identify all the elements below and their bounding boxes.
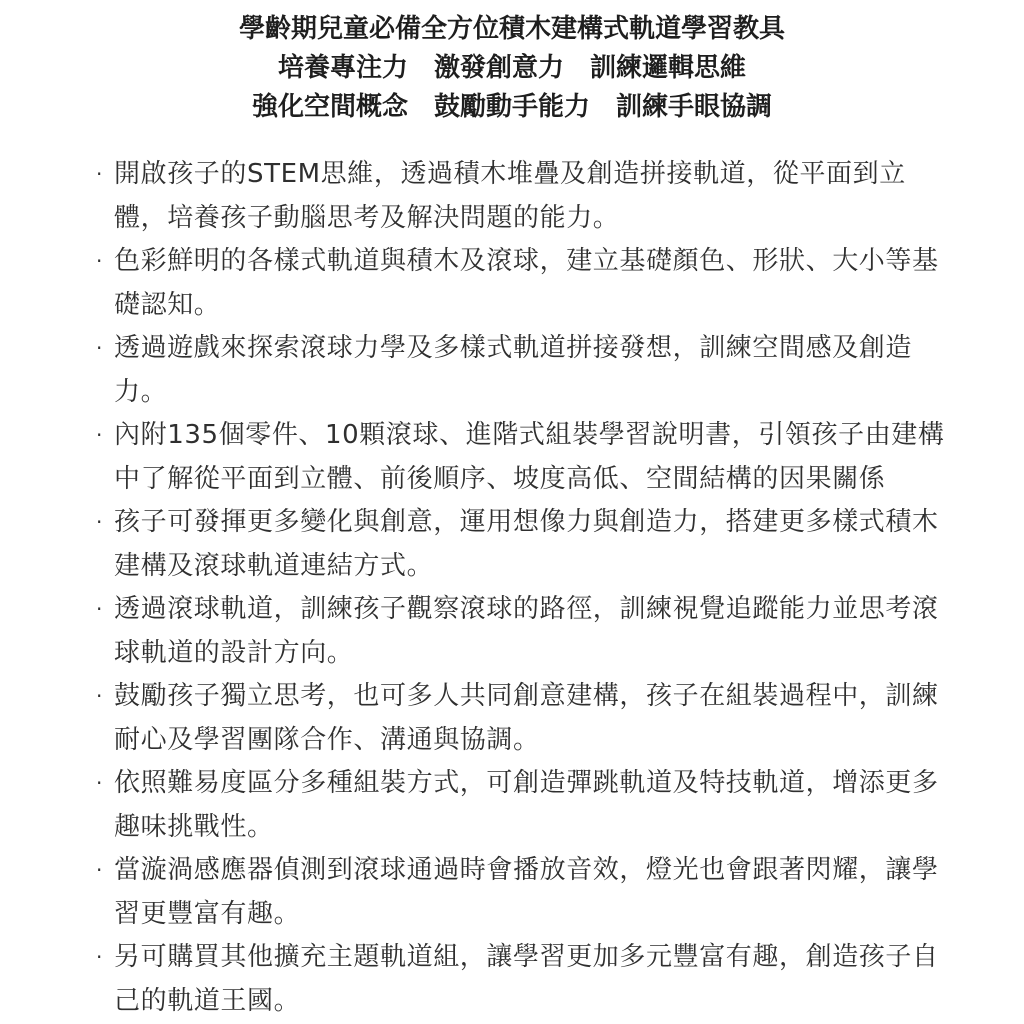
- feature-list: · 開啟孩子的STEM思維，透過積木堆疊及創造拼接軌道，從平面到立體，培養孩子動…: [92, 153, 952, 1023]
- feature-item: · 透過遊戲來探索滾球力學及多樣式軌道拼接發想，訓練空間感及創造力。: [92, 327, 952, 414]
- bullet-dot-icon: ·: [96, 414, 103, 458]
- benefit-hand-eye: 訓練手眼協調: [616, 92, 772, 122]
- benefit-hands-on: 鼓勵動手能力: [434, 92, 590, 122]
- bullet-dot-icon: ·: [96, 588, 103, 632]
- bullet-dot-icon: ·: [96, 675, 103, 719]
- feature-text: 開啟孩子的STEM思維，透過積木堆疊及創造拼接軌道，從平面到立體，培養孩子動腦思…: [114, 153, 950, 240]
- feature-text: 當漩渦感應器偵測到滾球通過時會播放音效，燈光也會跟著閃耀，讓學習更豐富有趣。: [114, 849, 950, 936]
- feature-text: 色彩鮮明的各樣式軌道與積木及滾球，建立基礎顏色、形狀、大小等基礎認知。: [114, 240, 950, 327]
- bullet-dot-icon: ·: [96, 762, 103, 806]
- feature-text: 透過遊戲來探索滾球力學及多樣式軌道拼接發想，訓練空間感及創造力。: [114, 327, 950, 414]
- feature-item: · 內附135個零件、10顆滾球、進階式組裝學習說明書，引領孩子由建構中了解從平…: [92, 414, 952, 501]
- bullet-dot-icon: ·: [96, 501, 103, 545]
- feature-text: 透過滾球軌道，訓練孩子觀察滾球的路徑，訓練視覺追蹤能力並思考滾球軌道的設計方向。: [114, 588, 950, 675]
- feature-item: · 當漩渦感應器偵測到滾球通過時會播放音效，燈光也會跟著閃耀，讓學習更豐富有趣。: [92, 849, 952, 936]
- benefit-logic: 訓練邏輯思維: [590, 53, 746, 83]
- benefit-creativity: 激發創意力: [434, 53, 564, 83]
- feature-text: 鼓勵孩子獨立思考，也可多人共同創意建構，孩子在組裝過程中，訓練耐心及學習團隊合作…: [114, 675, 950, 762]
- feature-text: 內附135個零件、10顆滾球、進階式組裝學習說明書，引領孩子由建構中了解從平面到…: [114, 414, 950, 501]
- benefit-spatial: 強化空間概念: [252, 92, 408, 122]
- benefits-row-1: 培養專注力激發創意力訓練邏輯思維: [0, 49, 1024, 88]
- feature-item: · 開啟孩子的STEM思維，透過積木堆疊及創造拼接軌道，從平面到立體，培養孩子動…: [92, 153, 952, 240]
- product-header: 學齡期兒童必備全方位積木建構式軌道學習教具 培養專注力激發創意力訓練邏輯思維 強…: [0, 10, 1024, 127]
- feature-item: · 透過滾球軌道，訓練孩子觀察滾球的路徑，訓練視覺追蹤能力並思考滾球軌道的設計方…: [92, 588, 952, 675]
- feature-item: · 另可購買其他擴充主題軌道組，讓學習更加多元豐富有趣，創造孩子自己的軌道王國。: [92, 936, 952, 1023]
- bullet-dot-icon: ·: [96, 936, 103, 980]
- feature-item: · 孩子可發揮更多變化與創意，運用想像力與創造力，搭建更多樣式積木建構及滾球軌道…: [92, 501, 952, 588]
- benefits-row-2: 強化空間概念鼓勵動手能力訓練手眼協調: [0, 88, 1024, 127]
- bullet-dot-icon: ·: [96, 327, 103, 371]
- feature-text: 依照難易度區分多種組裝方式，可創造彈跳軌道及特技軌道，增添更多趣味挑戰性。: [114, 762, 950, 849]
- bullet-dot-icon: ·: [96, 849, 103, 893]
- product-title: 學齡期兒童必備全方位積木建構式軌道學習教具: [0, 10, 1024, 49]
- feature-item: · 色彩鮮明的各樣式軌道與積木及滾球，建立基礎顏色、形狀、大小等基礎認知。: [92, 240, 952, 327]
- benefit-focus: 培養專注力: [278, 53, 408, 83]
- feature-text: 孩子可發揮更多變化與創意，運用想像力與創造力，搭建更多樣式積木建構及滾球軌道連結…: [114, 501, 950, 588]
- feature-item: · 鼓勵孩子獨立思考，也可多人共同創意建構，孩子在組裝過程中，訓練耐心及學習團隊…: [92, 675, 952, 762]
- feature-text: 另可購買其他擴充主題軌道組，讓學習更加多元豐富有趣，創造孩子自己的軌道王國。: [114, 936, 950, 1023]
- bullet-dot-icon: ·: [96, 153, 103, 197]
- bullet-dot-icon: ·: [96, 240, 103, 284]
- feature-item: · 依照難易度區分多種組裝方式，可創造彈跳軌道及特技軌道，增添更多趣味挑戰性。: [92, 762, 952, 849]
